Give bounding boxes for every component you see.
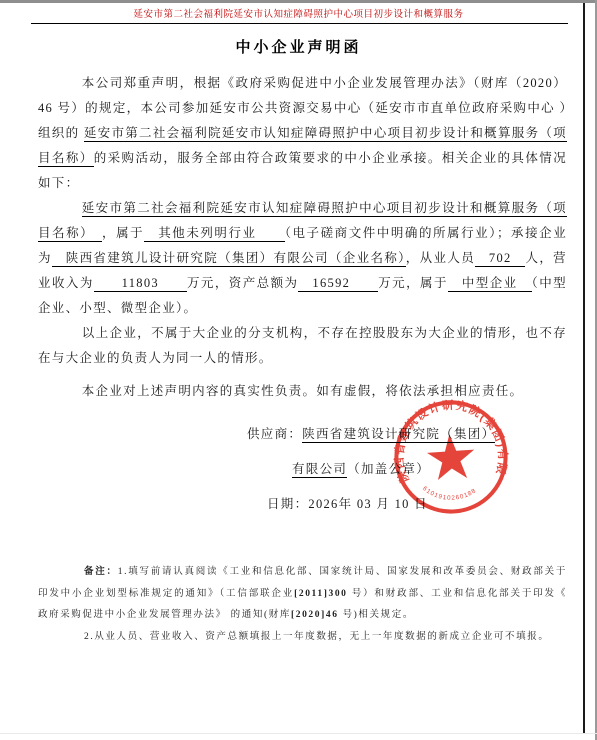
- header-divider-rule: [31, 23, 568, 24]
- paragraph: 本企业对上述声明内容的真实性负责。如有虚假，将依法承担相应责任。: [38, 379, 567, 404]
- text-run: 的采购活动，服务全部由符合政策要求的中小企业承接。相关企业的具体情况如下：: [38, 151, 567, 190]
- supplier-name-line2: 有限公司: [292, 462, 347, 478]
- supplier-label: 供应商：: [247, 427, 302, 441]
- paragraph: 延安市第二社会福利院延安市认知症障碍照护中心项目初步设计和概算服务（项目名称） …: [38, 196, 567, 321]
- text-run: ，从业人员: [406, 251, 475, 265]
- doc-title: 中小企业声明函: [0, 38, 597, 58]
- seal-instruction-note: （加盖公章）: [347, 462, 430, 476]
- text-run: 备注：: [84, 567, 118, 577]
- filled-blank: 702: [475, 251, 525, 267]
- note-item: 2.从业人员、营业收入、资产总额填报上一年度数据，无上一年度数据的新成立企业可不…: [38, 627, 567, 649]
- text-run: 本企业对上述声明内容的真实性负责。如有虚假，将依法承担相应责任。: [82, 384, 524, 398]
- filled-blank: 陕西省建筑儿设计研究院（集团）有限公司（企业名称）: [52, 251, 406, 267]
- document-page: 延安市第二社会福利院延安市认知症障碍照护中心项目初步设计和概算服务 中小企业声明…: [0, 0, 597, 740]
- filled-blank: 11803: [94, 276, 187, 292]
- document-header-project-name: 延安市第二社会福利院延安市认知症障碍照护中心项目初步设计和概算服务: [0, 8, 597, 22]
- filled-blank: 16592: [298, 276, 378, 292]
- date-line: 日期：2026年 03 月 10 日: [247, 487, 597, 522]
- filled-blank: 中型企业: [448, 276, 532, 292]
- text-run: 万元，资产总额为: [187, 276, 299, 290]
- page-bottom-edge: [0, 733, 597, 734]
- supplier-name-line1: 陕西省建筑设计研究院（集团）: [302, 427, 495, 443]
- text-run: [2020]46: [291, 610, 339, 620]
- text-run: [2011]300: [294, 589, 347, 599]
- page-top-edge: [0, 0, 597, 3]
- text-run: 号)相关规定。: [339, 610, 414, 620]
- paragraph: 以上企业，不属于大企业的分支机构，不存在控股股东为大企业的情形，也不存在与大企业…: [38, 321, 567, 371]
- text-run: 2.从业人员、营业收入、资产总额填报上一年度数据，无上一年度数据的新成立企业可不…: [84, 632, 549, 642]
- text-run: 万元，属于: [378, 276, 448, 290]
- supplier-line-continued: 有限公司（加盖公章）: [247, 452, 597, 487]
- paragraph: 本公司郑重声明，根据《政府采购促进中小企业发展管理办法》（财库（2020）46 …: [38, 71, 567, 196]
- text-run: 以上企业，不属于大企业的分支机构，不存在控股股东为大企业的情形，也不存在与大企业…: [38, 326, 567, 365]
- notes-section: 备注：1.填写前请认真阅读《工业和信息化部、国家统计局、国家发展和改革委员会、财…: [38, 562, 567, 648]
- note-item: 备注：1.填写前请认真阅读《工业和信息化部、国家统计局、国家发展和改革委员会、财…: [38, 562, 567, 627]
- signature-block: 供应商：陕西省建筑设计研究院（集团） 有限公司（加盖公章） 日期：2026年 0…: [247, 417, 597, 522]
- scan-border-line: [583, 3, 585, 733]
- text-run: ，属于: [102, 226, 144, 240]
- body-paragraphs: 本公司郑重声明，根据《政府采购促进中小企业发展管理办法》（财库（2020）46 …: [0, 71, 597, 404]
- filled-blank: 其他未列明行业: [144, 226, 285, 242]
- supplier-line: 供应商：陕西省建筑设计研究院（集团）: [247, 417, 597, 452]
